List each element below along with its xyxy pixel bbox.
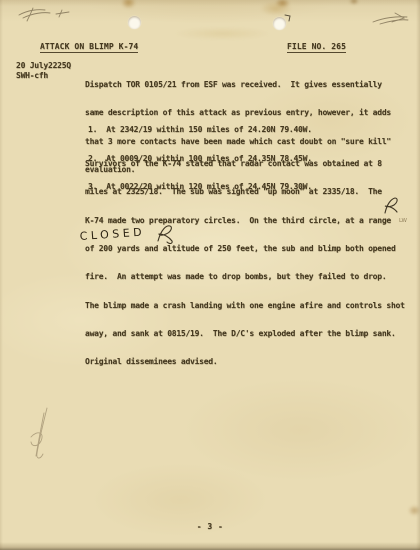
scanned-document-page: ATTACK ON BLIMP K-74 FILE NO. 265 20 Jul… <box>0 0 420 550</box>
pencil-scribble-top-left <box>19 8 69 21</box>
entry-time: 2225Q <box>48 61 71 70</box>
punch-hole-right <box>273 17 286 30</box>
page-number: - 3 - <box>0 522 420 531</box>
narrative-line: Original disseminees advised. <box>85 357 405 366</box>
punch-hole-left <box>128 16 141 29</box>
typist-initials: SWH-cfh <box>16 71 48 80</box>
tan-smudge-stain <box>260 1 292 16</box>
ink-spot-stain <box>349 0 359 5</box>
page-bottom-edge-shadow <box>0 542 420 550</box>
ink-mark-near-hole <box>285 15 290 21</box>
page-left-edge-shadow <box>0 0 3 550</box>
narrative-paragraph: Survivors of the K-74 stated that radar … <box>85 140 405 386</box>
entry-date: 20 July <box>16 61 48 70</box>
narrative-line: The blimp made a crash landing with one … <box>85 301 405 310</box>
page-right-edge-shadow <box>416 0 420 550</box>
rust-stain <box>121 0 136 9</box>
faint-smudge <box>175 27 270 40</box>
narrative-line: fire. An attempt was made to drop bombs,… <box>85 272 405 281</box>
contact-list-item: 1. At 2342/19 within 150 miles of 24.20N… <box>88 125 312 135</box>
file-number: FILE NO. 265 <box>287 42 346 53</box>
narrative-line: K-74 made two preparatory circles. On th… <box>85 216 405 225</box>
narrative-line: Survivors of the K-74 stated that radar … <box>85 159 405 168</box>
pencil-scribble-left-margin <box>31 408 47 458</box>
dispatch-line: Dispatch TOR 0105/21 from ESF was receiv… <box>85 80 391 89</box>
narrative-line: miles at 2325/18. The sub was sighted "u… <box>85 187 405 196</box>
narrative-line: away, and sank at 0815/19. The D/C's exp… <box>85 329 405 338</box>
pencil-scribble-top-right <box>373 13 408 24</box>
narrative-line: of 200 yards and altitude of 250 feet, t… <box>85 244 405 253</box>
page-title: ATTACK ON BLIMP K-74 <box>40 42 138 53</box>
